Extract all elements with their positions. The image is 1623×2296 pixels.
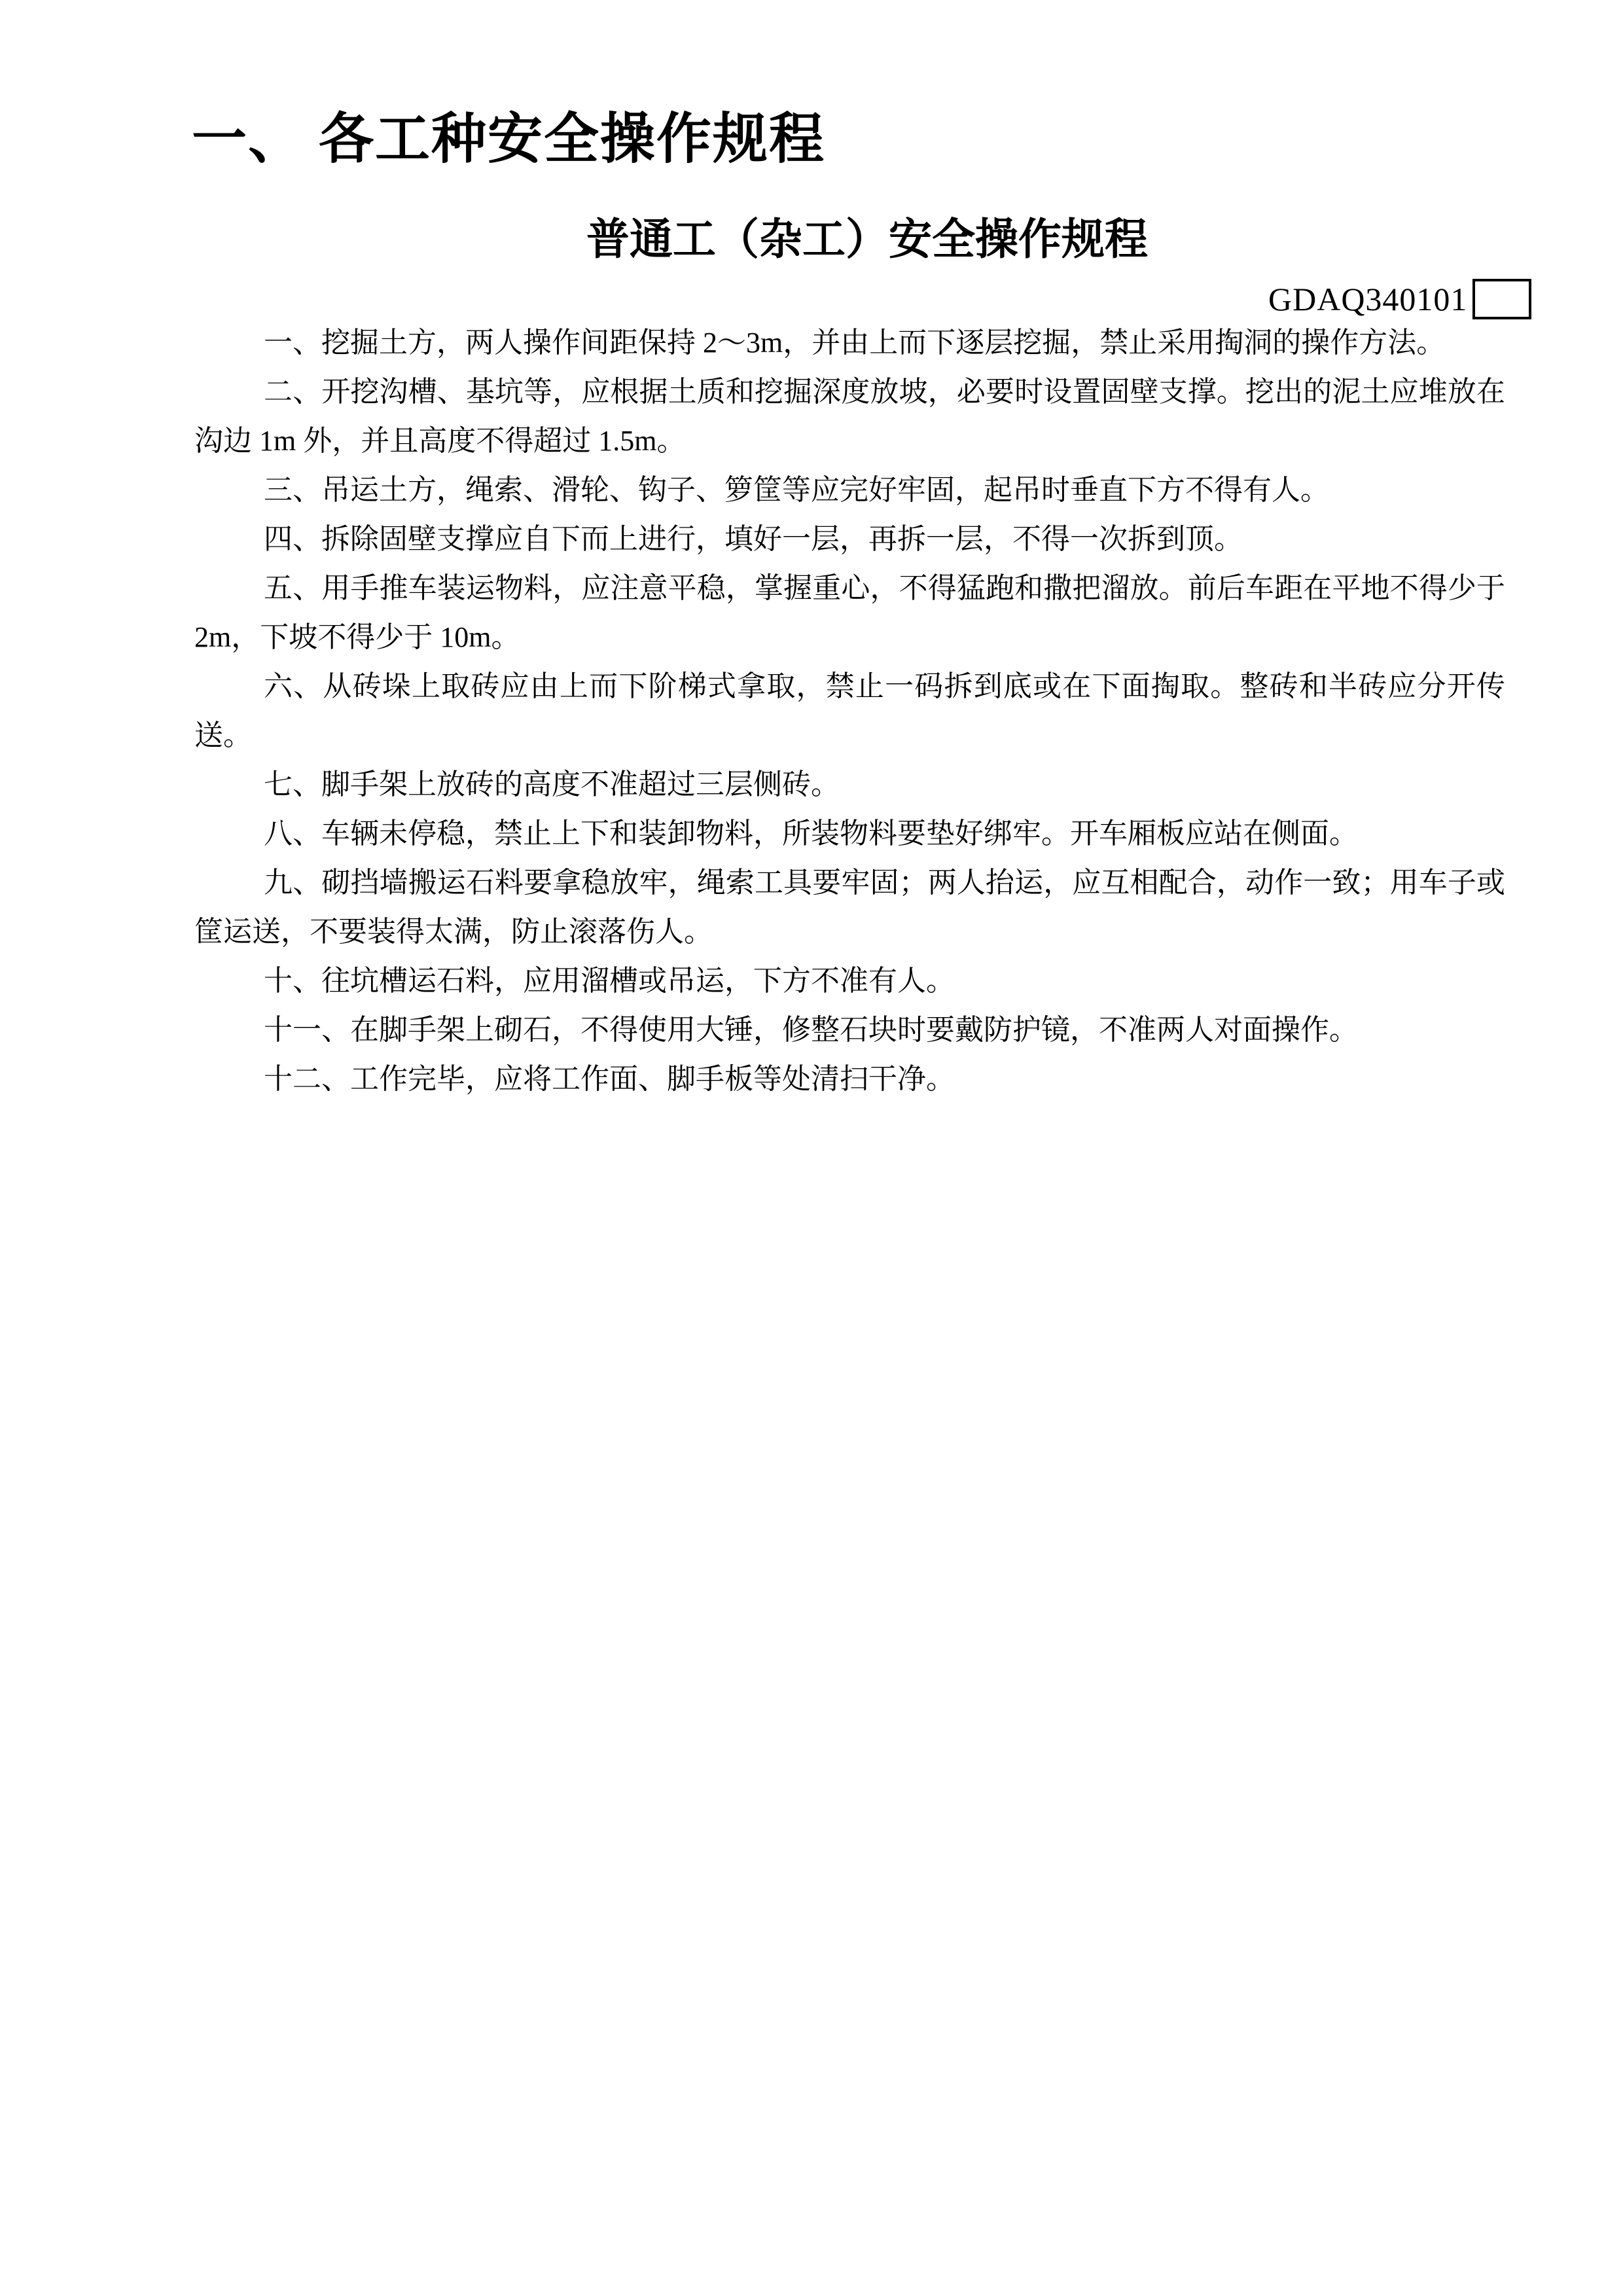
doc-subtitle: 普通工（杂工）安全操作规程 <box>0 215 1623 264</box>
regulation-item: 四、拆除固壁支撑应自下而上进行，填好一层，再拆一层，不得一次拆到顶。 <box>194 514 1505 564</box>
regulation-item: 三、吊运土方，绳索、滑轮、钩子、箩筐等应完好牢固，起吊时垂直下方不得有人。 <box>194 465 1505 514</box>
doc-code-box <box>1472 279 1531 319</box>
regulation-item: 二、开挖沟槽、基坑等，应根据土质和挖掘深度放坡，必要时设置固壁支撑。挖出的泥土应… <box>194 367 1505 465</box>
regulation-item: 六、从砖垛上取砖应由上而下阶梯式拿取，禁止一码拆到底或在下面掏取。整砖和半砖应分… <box>194 662 1505 760</box>
regulation-item: 九、砌挡墙搬运石料要拿稳放牢，绳索工具要牢固；两人抬运，应互相配合，动作一致；用… <box>194 858 1505 956</box>
regulation-item: 八、车辆未停稳，禁止上下和装卸物料，所装物料要垫好绑牢。开车厢板应站在侧面。 <box>194 809 1505 858</box>
regulation-item: 十一、在脚手架上砌石，不得使用大锤，修整石块时要戴防护镜，不准两人对面操作。 <box>194 1005 1505 1054</box>
section-heading: 一、各工种安全操作规程 <box>192 110 825 168</box>
regulation-item: 一、挖掘土方，两人操作间距保持 2～3m，并由上而下逐层挖掘，禁止采用掏洞的操作… <box>194 318 1505 367</box>
document-page: 一、各工种安全操作规程 普通工（杂工）安全操作规程 GDAQ340101 一、挖… <box>0 0 1623 2296</box>
section-heading-number: 一、 <box>192 110 304 168</box>
regulation-item: 七、脚手架上放砖的高度不准超过三层侧砖。 <box>194 760 1505 809</box>
section-heading-title: 各工种安全操作规程 <box>319 108 825 170</box>
doc-code: GDAQ340101 <box>1268 283 1467 315</box>
regulation-list: 一、挖掘土方，两人操作间距保持 2～3m，并由上而下逐层挖掘，禁止采用掏洞的操作… <box>194 318 1505 1103</box>
regulation-item: 五、用手推车装运物料，应注意平稳，掌握重心，不得猛跑和撒把溜放。前后车距在平地不… <box>194 564 1505 662</box>
doc-code-row: GDAQ340101 <box>1268 276 1531 322</box>
regulation-item: 十二、工作完毕，应将工作面、脚手板等处清扫干净。 <box>194 1054 1505 1103</box>
regulation-item: 十、往坑槽运石料，应用溜槽或吊运，下方不准有人。 <box>194 956 1505 1005</box>
